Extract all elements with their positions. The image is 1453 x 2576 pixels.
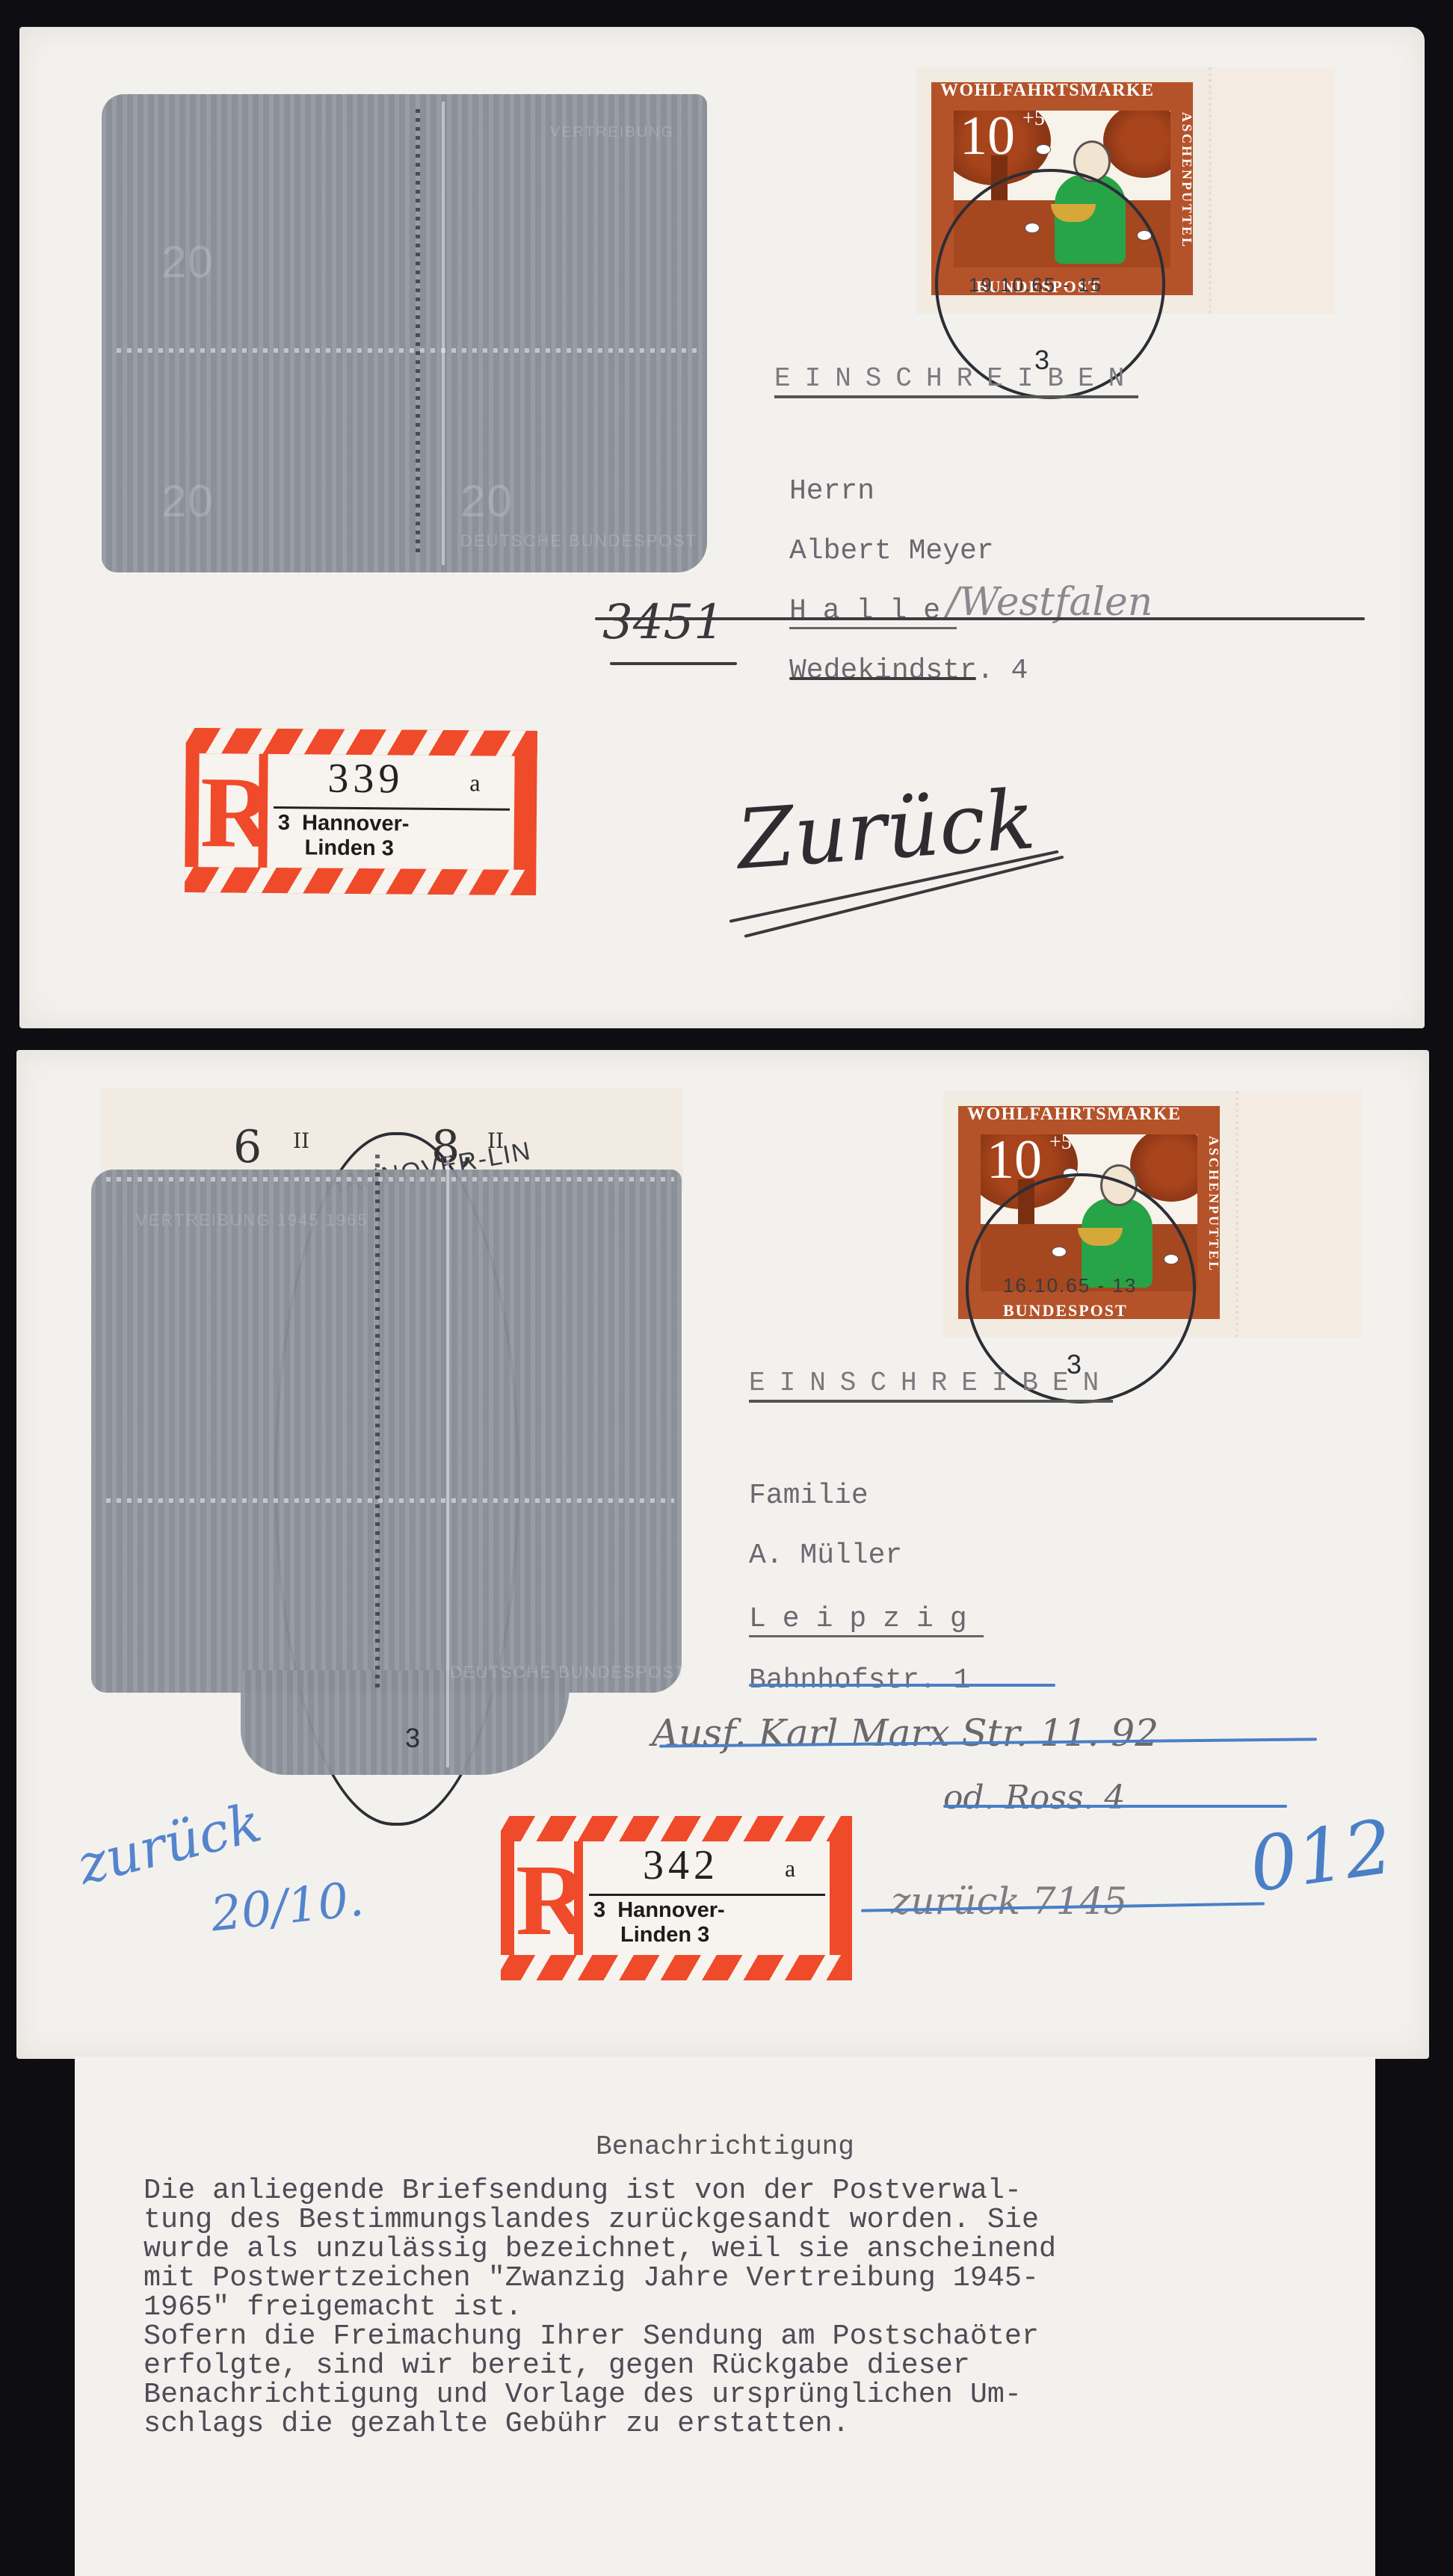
registration-office: 3 Hannover- Linden 3 [277,811,409,862]
handwritten-postcode: 3451 [602,595,724,650]
address-salutation: Familie [749,1480,869,1512]
registration-suffix: a [785,1855,795,1882]
margin-marking: II [293,1128,309,1153]
stamp-header: WOHLFAHRTSMARKE [940,81,1155,101]
strike-line [789,677,976,680]
registration-letter: R [200,764,259,862]
handwritten-forward-address: Ausf. Karl Marx Str. 11. 92 [652,1711,1159,1755]
handwritten-return-note: Zurück [734,771,1038,888]
notice-line: Die anliegende Briefsendung ist von der … [144,2176,1056,2205]
handwritten-forward-address: od. Ross. 4 [943,1779,1125,1817]
registration-suffix: a [469,769,481,797]
postmark-office-number: 3 [405,1723,420,1754]
ghost-text: 20 [460,475,513,527]
stamp-motif-title: ASCHENPUTTEL [1206,1136,1221,1273]
ghost-text: 20 [161,236,215,288]
notice-line: schlags die gezahlte Gebühr zu erstatten… [144,2409,1056,2438]
notice-title: Benachrichtigung [75,2131,1375,2162]
sheet-selvage [1209,67,1335,314]
strike-line [749,1684,1055,1687]
address-street: Wedekindstr. 4 [789,655,1028,687]
address-salutation: Herrn [789,475,874,507]
strike-line [610,662,737,665]
envelope-2: 6 II 8, II HANNOVER-LIN VERTREIBUNG 1945… [16,1050,1429,2059]
handwritten-blue-mark: 012 [1244,1803,1398,1909]
postmark-date: 19.10.65 - 15 [969,274,1102,297]
painted-stamp-block-2: VERTREIBUNG 1945 1965 DEUTSCHE BUNDESPOS… [91,1155,689,1805]
address-city: Leipzig [749,1603,984,1637]
notice-line: Sofern die Freimachung Ihrer Sendung am … [144,2322,1056,2351]
stamp-value: 10 [960,105,1015,168]
painted-stamp-block-1: 20 20 20 VERTREIBUNG DEUTSCHE BUNDESPOST [102,79,722,617]
ghost-text: VERTREIBUNG [550,124,674,141]
ghost-text: VERTREIBUNG 1945 1965 [136,1211,368,1230]
postmark-date: 16.10.65 - 13 [1003,1274,1137,1297]
stamp-motif-title: ASCHENPUTTEL [1179,112,1194,249]
address-name: Albert Meyer [789,535,994,567]
notice-body: Die anliegende Briefsendung ist von der … [144,2176,1056,2438]
address-street: Bahnhofstr. 1 [749,1664,970,1696]
registration-label-1: R 339 a 3 Hannover- Linden 3 [185,728,537,895]
registration-label-2: R 342 a 3 Hannover- Linden 3 [501,1816,852,1980]
strike-line [595,617,1365,620]
notice-line: wurde als unzulässig bezeichnet, weil si… [144,2234,1056,2264]
address-name: A. Müller [749,1539,902,1572]
notice-line: tung des Bestimmungslandes zurückgesandt… [144,2205,1056,2234]
notice-line: mit Postwertzeichen "Zwanzig Jahre Vertr… [144,2264,1056,2293]
ghost-text: 20 [161,475,215,527]
notice-line: erfolgte, sind wir bereit, gegen Rückgab… [144,2351,1056,2380]
strike-line [943,1805,1287,1808]
notice-slip: Benachrichtigung Die anliegende Briefsen… [75,2057,1375,2576]
handwritten-blue-date: 20/10. [209,1872,366,1943]
stamp-surcharge: +5 [1022,109,1045,129]
address-city: Halle [789,595,957,629]
registration-number: 342 [643,1841,719,1889]
stamp-header: WOHLFAHRTSMARKE [967,1105,1182,1125]
notice-line: Benachrichtigung und Vorlage des ursprün… [144,2380,1056,2409]
sheet-selvage [1235,1091,1362,1338]
notice-line: 1965" freigemacht ist. [144,2293,1056,2322]
ghost-text: DEUTSCHE BUNDESPOST [460,531,697,551]
ghost-text: DEUTSCHE BUNDESPOST [450,1663,687,1682]
registered-heading: EINSCHREIBEN [749,1368,1113,1403]
stamp-surcharge: +5 [1049,1133,1072,1152]
handwritten-return-code: zurück 7145 [891,1880,1127,1923]
registration-number: 339 [327,755,404,803]
registered-heading: EINSCHREIBEN [774,363,1138,398]
handwritten-blue-return: zurück [72,1791,268,1897]
envelope-1: 20 20 20 VERTREIBUNG DEUTSCHE BUNDESPOST… [19,27,1425,1028]
registration-office: 3 Hannover- Linden 3 [593,1898,725,1948]
registration-letter: R [516,1852,574,1949]
